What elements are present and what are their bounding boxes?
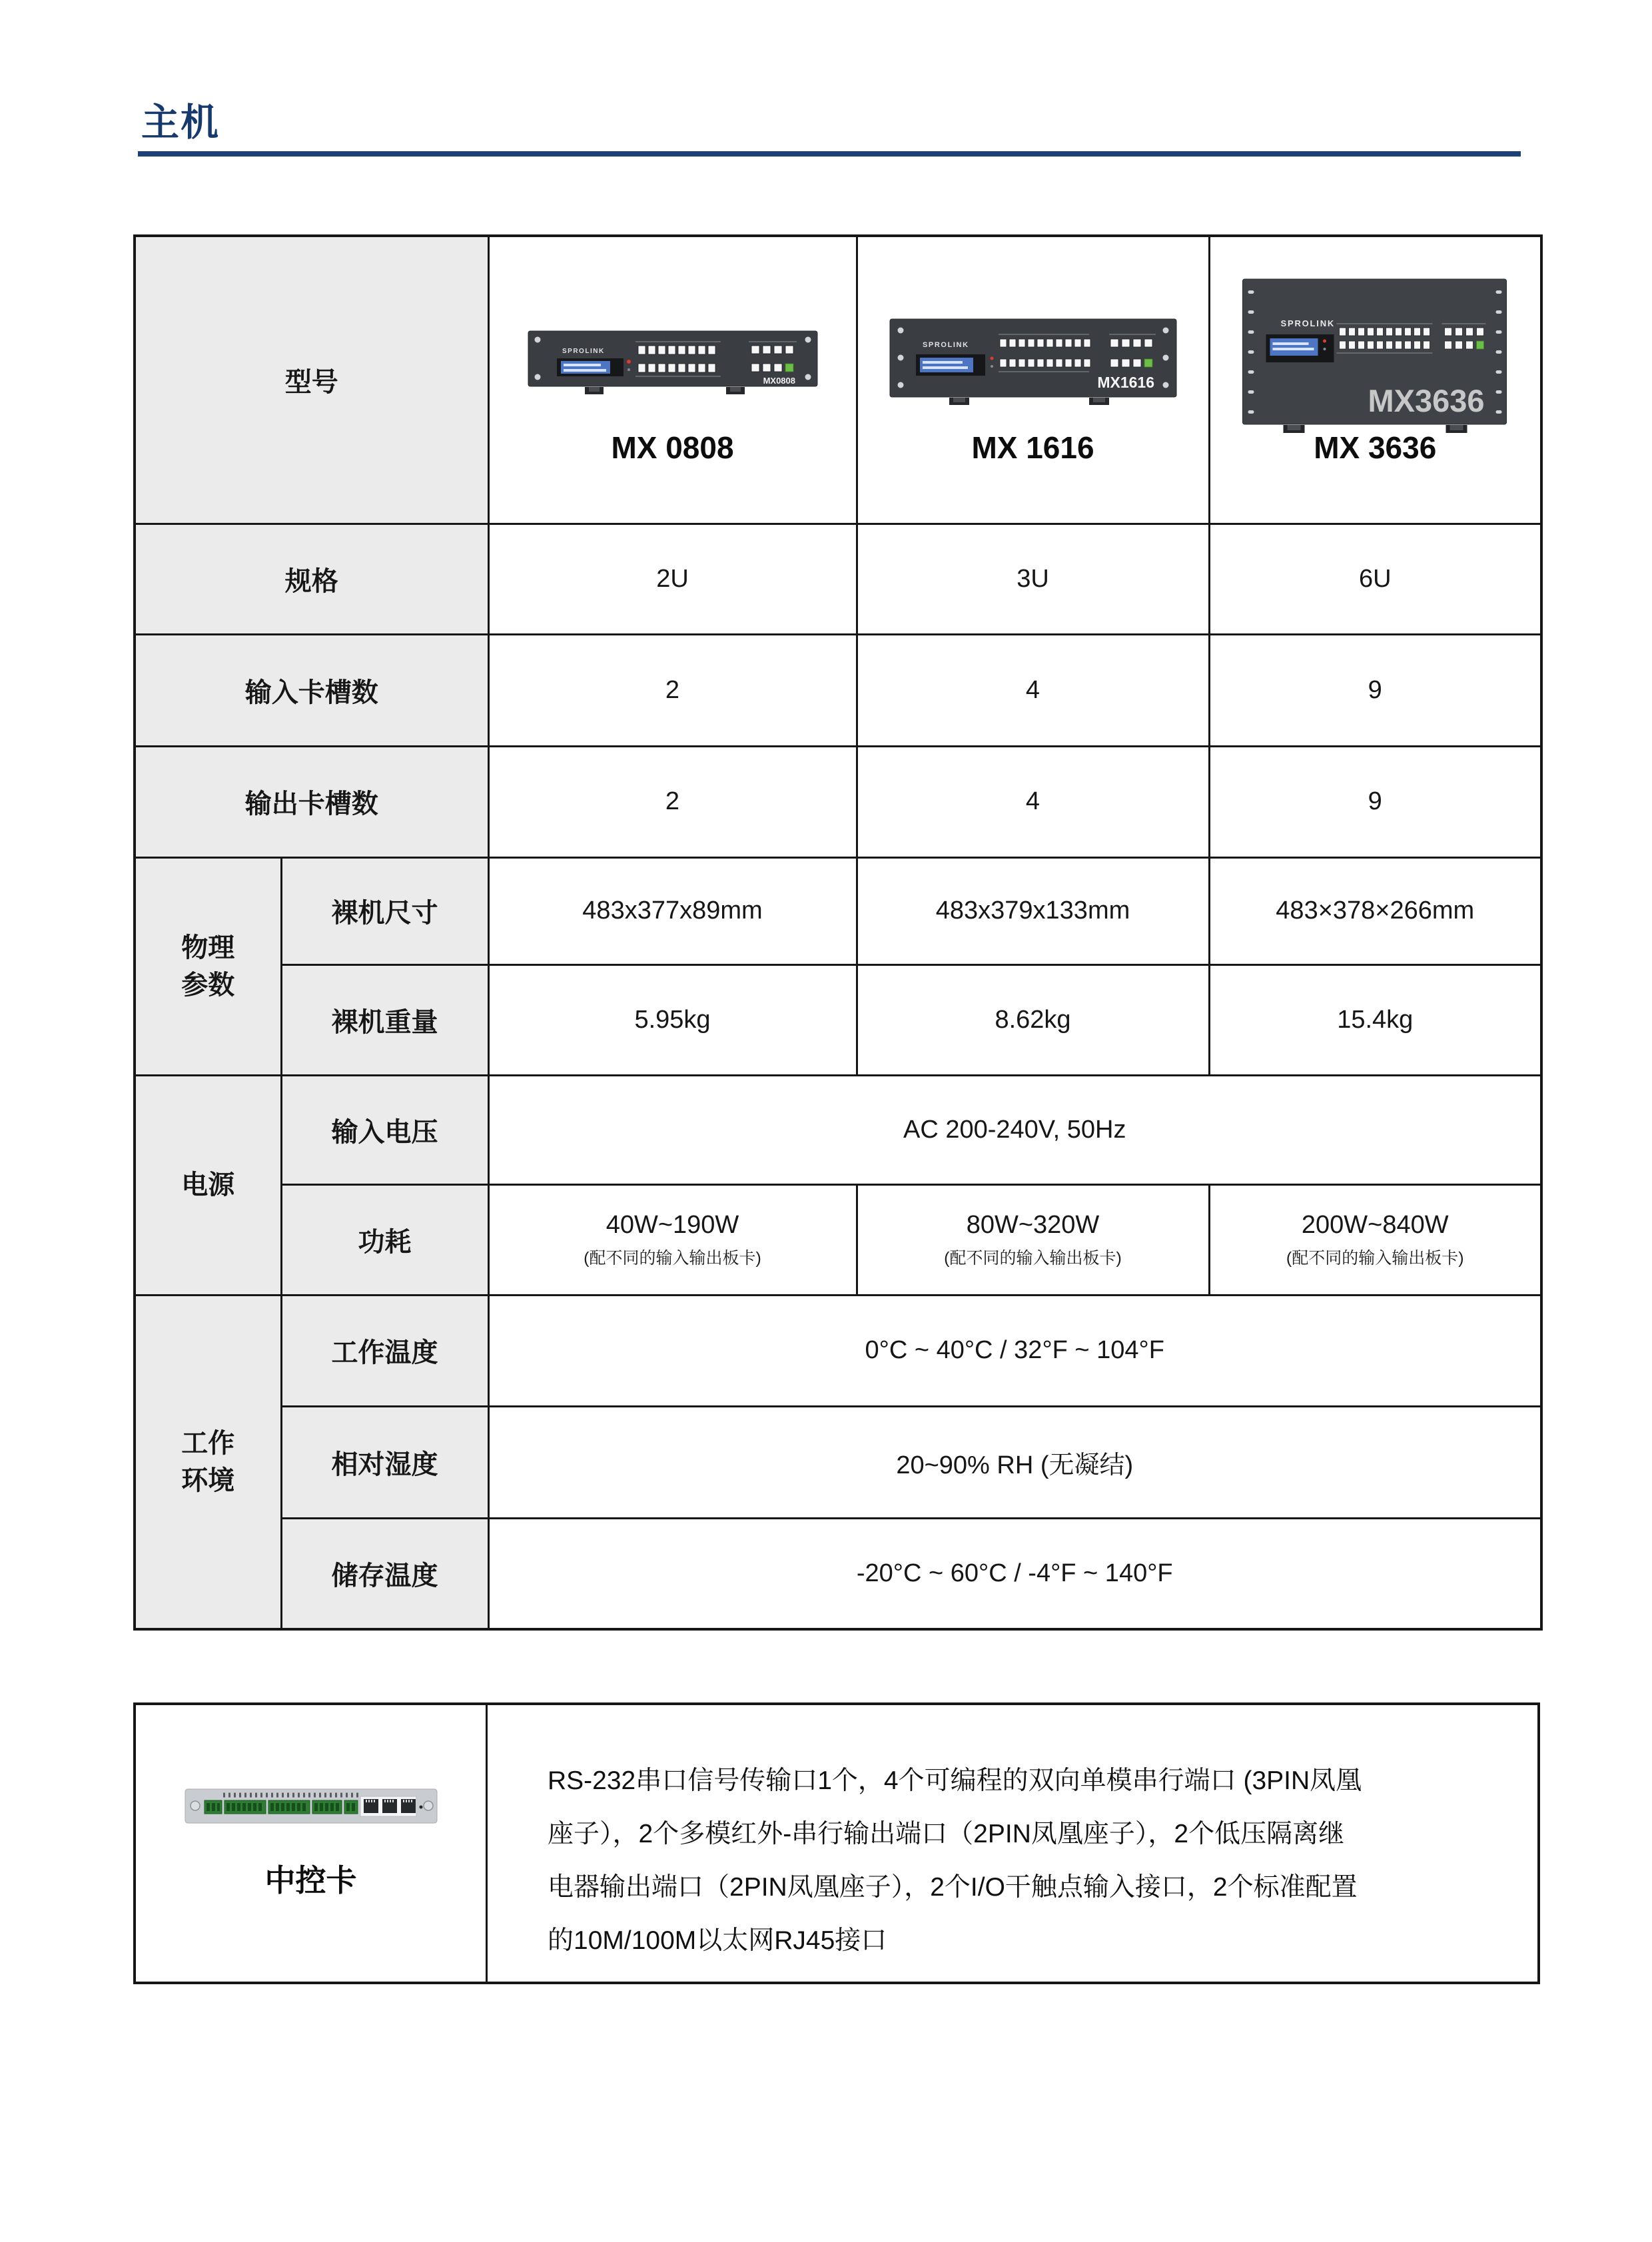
spec-row: 裸机重量 5.95kg 8.62kg 15.4kg xyxy=(135,964,1541,1075)
spec-row: 储存温度 -20°C ~ 60°C / -4°F ~ 140°F xyxy=(135,1518,1541,1629)
value-cell: 2U xyxy=(488,524,857,634)
rack-feet xyxy=(585,387,745,394)
value-cell: 8.62kg xyxy=(857,964,1209,1075)
page-title: 主机 xyxy=(141,92,220,147)
group-label-environment: 工作环境 xyxy=(135,1295,281,1629)
sub-label: 工作温度 xyxy=(281,1295,488,1406)
control-card-label: 中控卡 xyxy=(265,1856,357,1900)
merged-value-cell: 20~90% RH (无凝结) xyxy=(488,1406,1541,1518)
spec-row: 相对湿度 20~90% RH (无凝结) xyxy=(135,1406,1541,1518)
merged-value-cell: AC 200-240V, 50Hz xyxy=(488,1075,1541,1184)
lan-rj45-ports xyxy=(360,1796,416,1816)
panel-screw xyxy=(191,1801,200,1810)
power-value: 200W~840W xyxy=(1210,1211,1541,1240)
value-cell: 483x377x89mm xyxy=(488,857,857,964)
description-line: 座子），2个多模红外-串行输出端口（2PIN凤凰座子），2个低压隔离继 xyxy=(548,1808,1500,1861)
spec-row: 输入卡槽数 2 4 9 xyxy=(135,634,1541,746)
row-label-model: 型号 xyxy=(135,236,488,524)
control-card-description: RS-232串口信号传输口1个，4个可编程的双向单模串行端口 (3PIN凤凰 座… xyxy=(488,1705,1537,1982)
mx0808-front-panel-image: SPROLINK xyxy=(528,330,818,396)
enter-button-green xyxy=(1144,359,1152,367)
value-cell: 483×378×266mm xyxy=(1209,857,1541,964)
value-cell: 15.4kg xyxy=(1209,964,1541,1075)
enter-button-green xyxy=(785,364,793,372)
brand-logo-text: SPROLINK xyxy=(923,341,969,349)
rack-feet xyxy=(949,398,1109,405)
power-led xyxy=(627,360,631,364)
spec-row: 输出卡槽数 2 4 9 xyxy=(135,746,1541,857)
value-cell: 3U xyxy=(857,524,1209,634)
power-led xyxy=(1323,340,1326,343)
merged-value-cell: 0°C ~ 40°C / 32°F ~ 104°F xyxy=(488,1295,1541,1406)
group-label-physical: 物理参数 xyxy=(135,857,281,1075)
spec-table: 型号 SPROLINK xyxy=(133,234,1543,1631)
enter-button-green xyxy=(1477,341,1484,349)
reset-button xyxy=(419,1805,422,1808)
group-label-power: 电源 xyxy=(135,1075,281,1295)
power-note: (配不同的输入输出板卡) xyxy=(1210,1245,1541,1269)
title-underline xyxy=(138,151,1521,157)
power-note: (配不同的输入输出板卡) xyxy=(490,1245,856,1269)
description-line: RS-232串口信号传输口1个，4个可编程的双向单模串行端口 (3PIN凤凰 xyxy=(548,1754,1500,1808)
spec-row: 功耗 40W~190W (配不同的输入输出板卡) 80W~320W (配不同的输… xyxy=(135,1184,1541,1295)
spec-row: 物理参数 裸机尺寸 483x377x89mm 483x379x133mm 483… xyxy=(135,857,1541,964)
model-cell-mx0808: SPROLINK xyxy=(488,236,857,524)
sub-label: 裸机尺寸 xyxy=(281,857,488,964)
model-name-caption: MX 1616 xyxy=(858,430,1208,466)
value-cell: 2 xyxy=(488,634,857,746)
model-name-caption: MX 0808 xyxy=(490,430,856,466)
control-card-image xyxy=(185,1787,438,1826)
sub-label: 储存温度 xyxy=(281,1518,488,1629)
description-line: 的10M/100M以太网RJ45接口 xyxy=(548,1914,1500,1968)
value-cell: 9 xyxy=(1209,634,1541,746)
spec-row: 工作环境 工作温度 0°C ~ 40°C / 32°F ~ 104°F xyxy=(135,1295,1541,1406)
value-cell: 5.95kg xyxy=(488,964,857,1075)
power-value: 80W~320W xyxy=(858,1211,1208,1240)
merged-value-cell: -20°C ~ 60°C / -4°F ~ 140°F xyxy=(488,1518,1541,1629)
row-label: 输入卡槽数 xyxy=(135,634,488,746)
model-cell-mx3636: SPROLINK xyxy=(1209,236,1541,524)
value-cell: 9 xyxy=(1209,746,1541,857)
power-value: 40W~190W xyxy=(490,1211,856,1240)
value-cell: 4 xyxy=(857,746,1209,857)
row-label: 输出卡槽数 xyxy=(135,746,488,857)
sub-label: 功耗 xyxy=(281,1184,488,1295)
spec-row: 电源 输入电压 AC 200-240V, 50Hz xyxy=(135,1075,1541,1184)
panel-model-text: MX3636 xyxy=(1368,383,1485,418)
model-name-caption: MX 3636 xyxy=(1210,430,1541,466)
brand-logo-text: SPROLINK xyxy=(562,348,605,355)
spec-sheet-page: 主机 型号 SPROLINK xyxy=(0,0,1652,2242)
brand-logo-text: SPROLINK xyxy=(1281,318,1336,328)
mx1616-front-panel-image: SPROLINK xyxy=(889,318,1177,406)
sub-label: 相对湿度 xyxy=(281,1406,488,1518)
power-note: (配不同的输入输出板卡) xyxy=(858,1245,1208,1269)
mx3636-front-panel-image: SPROLINK xyxy=(1242,278,1508,434)
value-cell-power: 80W~320W (配不同的输入输出板卡) xyxy=(857,1184,1209,1295)
row-label: 规格 xyxy=(135,524,488,634)
sub-label: 裸机重量 xyxy=(281,964,488,1075)
panel-model-text: MX1616 xyxy=(1097,374,1154,391)
spec-row: 规格 2U 3U 6U xyxy=(135,524,1541,634)
panel-model-text: MX0808 xyxy=(763,376,795,386)
phoenix-terminal-blocks xyxy=(205,1800,358,1814)
value-cell-power: 40W~190W (配不同的输入输出板卡) xyxy=(488,1184,857,1295)
description-line: 电器输出端口（2PIN凤凰座子），2个I/O干触点输入接口，2个标准配置 xyxy=(548,1861,1500,1914)
model-cell-mx1616: SPROLINK xyxy=(857,236,1209,524)
value-cell-power: 200W~840W (配不同的输入输出板卡) xyxy=(1209,1184,1541,1295)
power-led xyxy=(990,357,993,360)
control-card-cell: 中控卡 xyxy=(136,1705,488,1982)
value-cell: 2 xyxy=(488,746,857,857)
value-cell: 6U xyxy=(1209,524,1541,634)
value-cell: 4 xyxy=(857,634,1209,746)
control-card-table: 中控卡 RS-232串口信号传输口1个，4个可编程的双向单模串行端口 (3PIN… xyxy=(133,1702,1540,1984)
value-cell: 483x379x133mm xyxy=(857,857,1209,964)
panel-screw xyxy=(424,1801,433,1810)
model-row: 型号 SPROLINK xyxy=(135,236,1541,524)
sub-label: 输入电压 xyxy=(281,1075,488,1184)
